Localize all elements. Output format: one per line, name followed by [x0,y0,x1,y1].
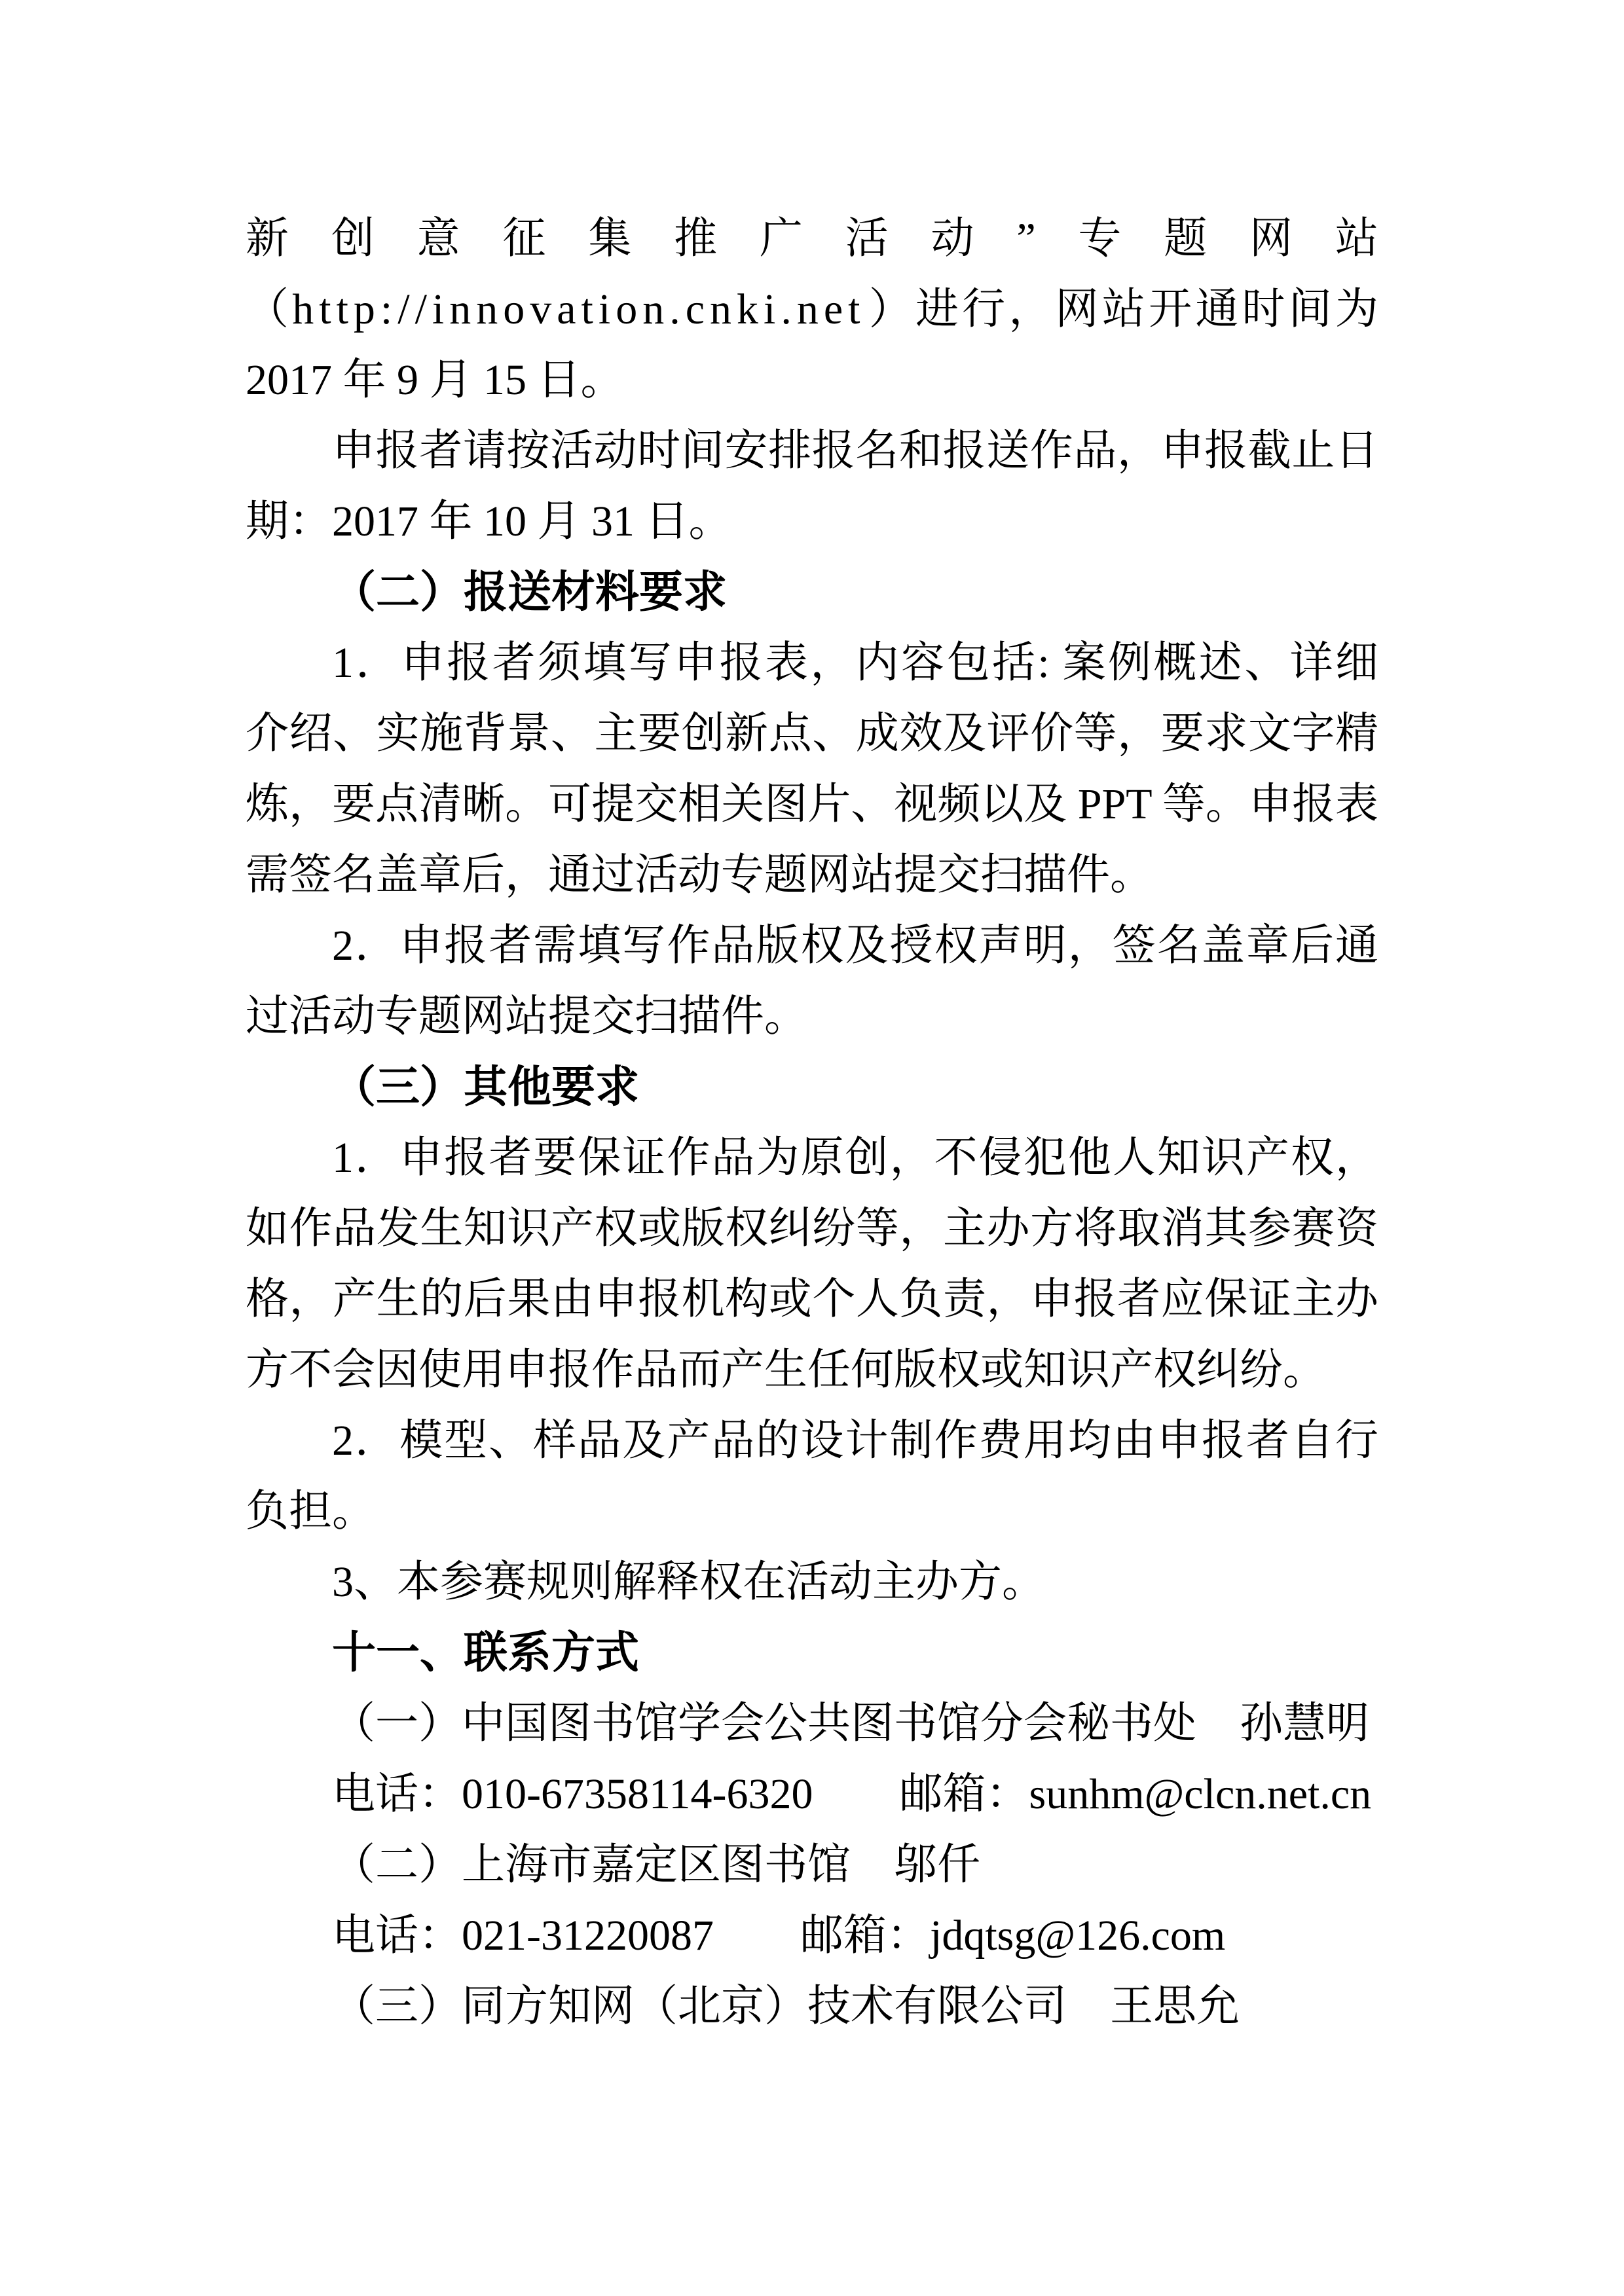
spread-char: 推 [674,204,717,274]
line-08: 介绍、实施背景、主要创新点、成效及评价等，要求文字精 [246,699,1378,769]
spread-char: 动 [931,204,974,274]
line-15: 如作品发生知识产权或版权纠纷等，主办方将取消其参赛资 [246,1194,1378,1264]
line-01: 新创意征集推广活动”专题网站 [246,204,1378,274]
spread-char: 集 [588,204,631,274]
spread-char: 创 [331,204,375,274]
spread-char: 站 [1335,204,1378,274]
line-12: 过活动专题网站提交扫描件。 [246,981,1378,1052]
spread-char: 新 [246,204,289,274]
line-22: （一）中国图书馆学会公共图书馆分会秘书处 孙慧明 [246,1688,1378,1759]
line-14: 1．申报者要保证作品为原创，不侵犯他人知识产权， [246,1123,1378,1194]
text-segment: ）进行，网站开通时间为 [866,285,1379,333]
line-02: （http://innovation.cnki.net）进行，网站开通时间为 [246,274,1378,345]
line-20: 3、本参赛规则解释权在活动主办方。 [246,1547,1378,1618]
line-06: （二）报送材料要求 [246,557,1378,628]
line-09: 炼，要点清晰。可提交相关图片、视频以及 PPT 等。申报表 [246,769,1378,840]
line-07: 1．申报者须填写申报表，内容包括: 案例概述、详细 [246,628,1378,699]
line-26: （三）同方知网（北京）技术有限公司 王思允 [246,1971,1378,2042]
url-text: http://innovation.cnki.net [292,285,865,333]
document-body: 新创意征集推广活动”专题网站（http://innovation.cnki.ne… [246,204,1378,2042]
line-10: 需签名盖章后，通过活动专题网站提交扫描件。 [246,840,1378,911]
spread-char: ” [1016,204,1035,274]
spread-char: 专 [1078,204,1121,274]
spread-char: 活 [845,204,889,274]
line-04: 申报者请按活动时间安排报名和报送作品，申报截止日 [246,416,1378,486]
line-13: （三）其他要求 [246,1052,1378,1123]
spread-char: 广 [760,204,803,274]
line-05: 期：2017 年 10 月 31 日。 [246,486,1378,557]
line-03: 2017 年 9 月 15 日。 [246,345,1378,416]
line-24: （二）上海市嘉定区图书馆 邬仟 [246,1830,1378,1901]
spread-char: 网 [1249,204,1293,274]
line-17: 方不会因使用申报作品而产生任何版权或知识产权纠纷。 [246,1335,1378,1406]
line-21: 十一、联系方式 [246,1618,1378,1688]
line-23: 电话：010-67358114-6320 邮箱：sunhm@clcn.net.c… [246,1759,1378,1830]
spread-char: 征 [502,204,545,274]
line-18: 2．模型、样品及产品的设计制作费用均由申报者自行 [246,1406,1378,1476]
text-segment: （ [246,285,292,333]
line-25: 电话：021-31220087 邮箱：jdqtsg@126.com [246,1901,1378,1971]
spread-char: 意 [417,204,460,274]
line-11: 2．申报者需填写作品版权及授权声明，签名盖章后通 [246,911,1378,981]
spread-char: 题 [1164,204,1207,274]
line-19: 负担。 [246,1476,1378,1547]
line-16: 格，产生的后果由申报机构或个人负责，申报者应保证主办 [246,1264,1378,1335]
document-page: 新创意征集推广活动”专题网站（http://innovation.cnki.ne… [0,0,1624,2296]
